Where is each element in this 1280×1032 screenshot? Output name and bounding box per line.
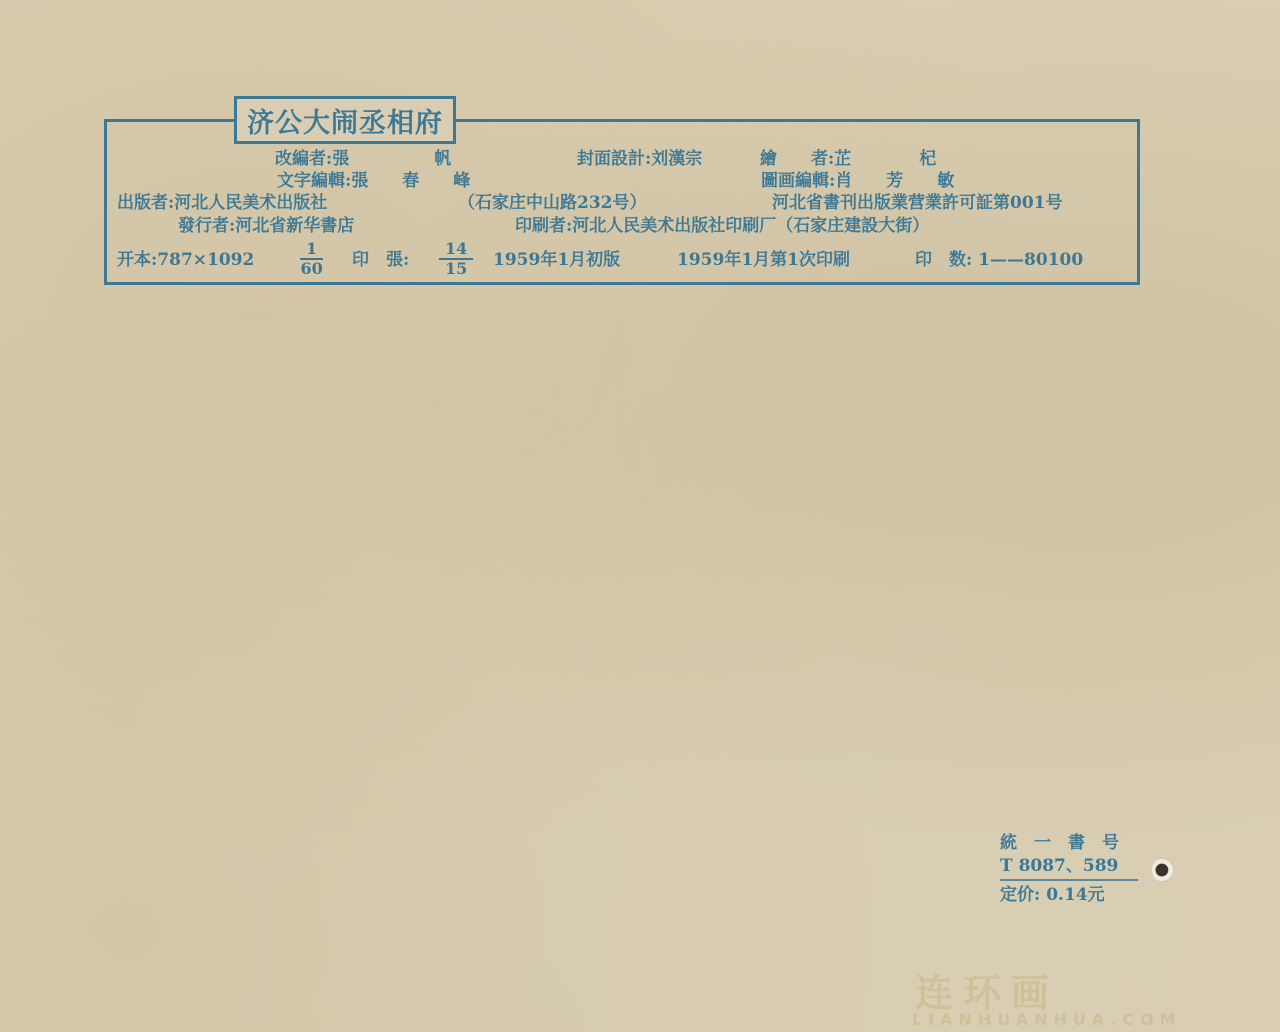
format-fraction: 1 60 [300, 240, 323, 278]
publisher-license: 河北省書刊出版業营業許可証第001号 [772, 193, 1063, 213]
watermark-logo: 连环画 [915, 962, 1059, 1017]
distributor-name: 河北省新华書店 [235, 216, 354, 236]
adapter-name: 張 帆 [332, 149, 451, 169]
format-value: 787×1092 [157, 250, 254, 270]
book-title: 济公大闹丞相府 [234, 96, 456, 144]
art-editor-label: 圖画編輯: [761, 171, 835, 191]
print-run-label: 印 数: [915, 250, 972, 270]
printer-line: 印刷者:河北人民美术出版社印刷厂（石家庄建設大街） [515, 216, 929, 236]
publisher-line: 出版者:河北人民美术出版社 [117, 193, 327, 213]
book-code-value: T 8087、589 [1000, 855, 1138, 878]
distributor-line: 發行者:河北省新华書店 [178, 216, 354, 236]
watermark-url: LIANHUANHUA.COM [912, 1010, 1182, 1029]
text-editor-name: 張 春 峰 [351, 171, 470, 191]
publisher-address: （石家庄中山路232号） [458, 193, 647, 213]
publisher-name: 河北人民美术出版社 [174, 193, 327, 213]
sheets-fraction: 14 15 [439, 240, 473, 278]
text-editor-label: 文字編輯: [277, 171, 351, 191]
cover-label: 封面設計: [577, 149, 651, 169]
book-code-divider [1000, 879, 1138, 881]
cover-name: 刘漢宗 [651, 149, 702, 169]
first-edition: 1959年1月初版 [493, 250, 620, 270]
illustrator-credit: 繪 者:芷 杞 [760, 149, 936, 169]
text-editor-credit: 文字編輯:張 春 峰 [277, 171, 470, 191]
art-editor-credit: 圖画編輯:肖 芳 敏 [761, 171, 954, 191]
illustrator-label: 繪 者: [760, 149, 834, 169]
illustrator-name: 芷 杞 [834, 149, 936, 169]
publisher-label: 出版者: [117, 193, 174, 213]
book-price: 定价: 0.14元 [1000, 884, 1138, 907]
format-fraction-numerator: 1 [300, 240, 323, 260]
adapter-credit: 改編者:張 帆 [275, 149, 451, 169]
printer-label: 印刷者: [515, 216, 572, 236]
adapter-label: 改編者: [275, 149, 332, 169]
print-run-value: 1——80100 [978, 250, 1083, 270]
format-fraction-denominator: 60 [300, 260, 323, 278]
sheets-fraction-denominator: 15 [439, 260, 473, 278]
sheets-fraction-numerator: 14 [439, 240, 473, 260]
printer-name: 河北人民美术出版社印刷厂（石家庄建設大街） [572, 216, 929, 236]
art-editor-name: 肖 芳 敏 [835, 171, 954, 191]
cover-credit: 封面設計:刘漢宗 [577, 149, 702, 169]
printing-date: 1959年1月第1次印刷 [677, 250, 850, 270]
sheets-label: 印 張: [352, 250, 409, 270]
staple-hole [1152, 858, 1174, 882]
format-label: 开本: [117, 250, 157, 270]
distributor-label: 發行者: [178, 216, 235, 236]
format-line: 开本:787×1092 [117, 250, 254, 270]
book-code-block: 統 一 書 号 T 8087、589 定价: 0.14元 [1000, 832, 1138, 907]
book-code-label: 統 一 書 号 [1000, 832, 1138, 855]
print-run: 印 数: 1——80100 [915, 250, 1083, 270]
